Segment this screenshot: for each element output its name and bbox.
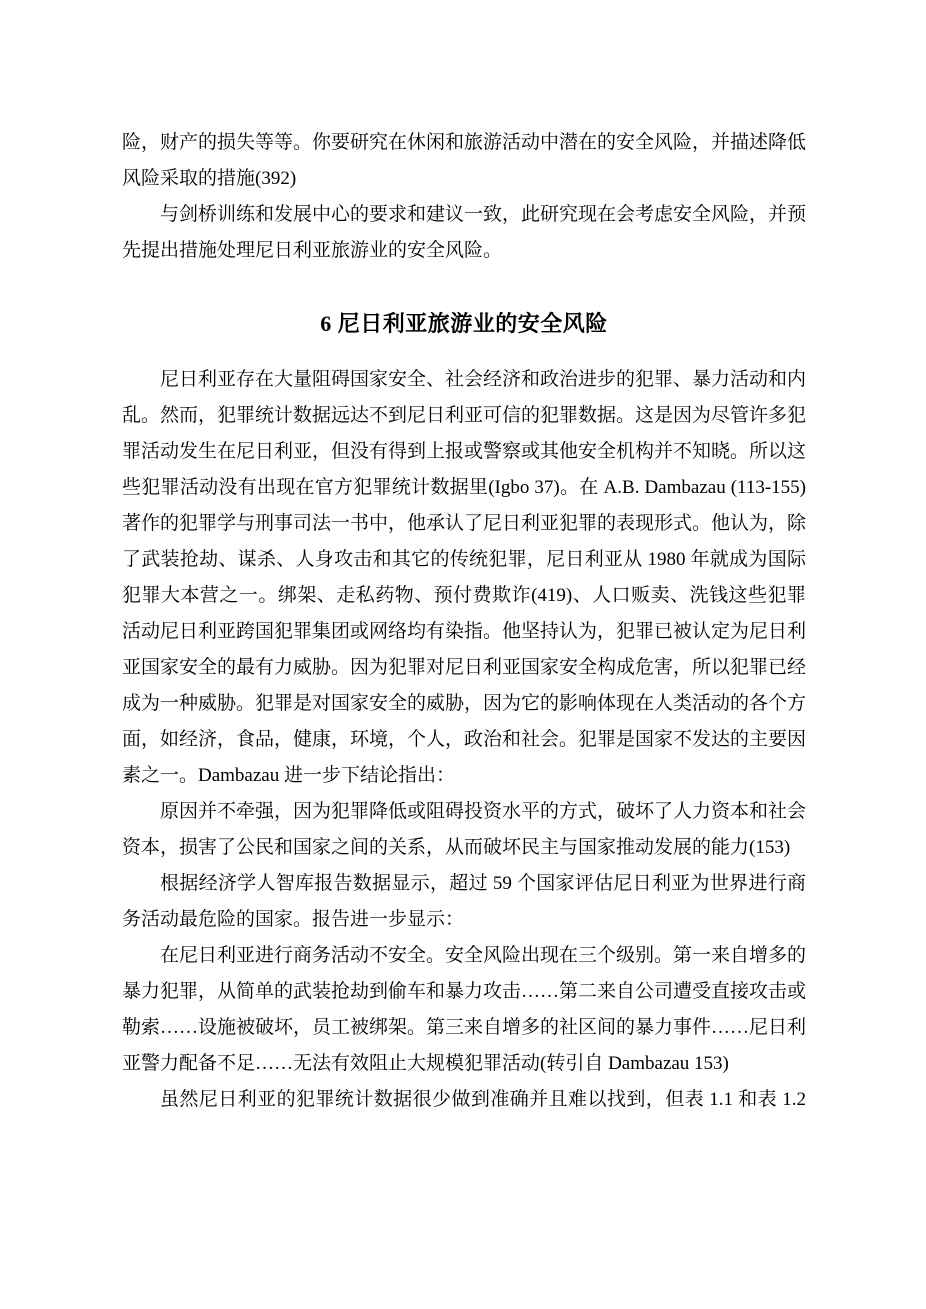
text-line: 风险采取的措施(392) [122,161,806,197]
text-line: 亚警力配备不足……无法有效阻止大规模犯罪活动(转引自 Dambazau 153) [122,1046,806,1082]
text-line: 在尼日利亚进行商务活动不安全。安全风险出现在三个级别。第一来自增多的 [122,938,806,974]
text-line: 险，财产的损失等等。你要研究在休闲和旅游活动中潜在的安全风险，并描述降低 [122,125,806,161]
text-line: 与剑桥训练和发展中心的要求和建议一致，此研究现在会考虑安全风险，并预 [122,197,806,233]
text-line: 活动尼日利亚跨国犯罪集团或网络均有染指。他坚持认为，犯罪已被认定为尼日利 [122,614,806,650]
text-line: 乱。然而，犯罪统计数据远达不到尼日利亚可信的犯罪数据。这是因为尽管许多犯 [122,398,806,434]
text-line: 暴力犯罪，从简单的武装抢劫到偷车和暴力攻击……第二来自公司遭受直接攻击或 [122,974,806,1010]
intro-paragraph-lines: 险，财产的损失等等。你要研究在休闲和旅游活动中潜在的安全风险，并描述降低风险采取… [122,125,806,269]
text-line: 面，如经济，食品，健康，环境，个人，政治和社会。犯罪是国家不发达的主要因 [122,722,806,758]
text-line: 了武装抢劫、谋杀、人身攻击和其它的传统犯罪，尼日利亚从 1980 年就成为国际 [122,542,806,578]
text-line: 素之一。Dambazau 进一步下结论指出： [122,758,806,794]
section-heading: 6 尼日利亚旅游业的安全风险 [122,306,806,342]
text-line: 勒索……设施被破坏，员工被绑架。第三来自增多的社区间的暴力事件……尼日利 [122,1010,806,1046]
text-line: 尼日利亚存在大量阻碍国家安全、社会经济和政治进步的犯罪、暴力活动和内 [122,362,806,398]
text-line: 原因并不牵强，因为犯罪降低或阻碍投资水平的方式，破坏了人力资本和社会 [122,794,806,830]
text-line: 成为一种威胁。犯罪是对国家安全的威胁，因为它的影响体现在人类活动的各个方 [122,686,806,722]
text-line: 罪活动发生在尼日利亚，但没有得到上报或警察或其他安全机构并不知晓。所以这 [122,434,806,470]
section-paragraph-lines: 尼日利亚存在大量阻碍国家安全、社会经济和政治进步的犯罪、暴力活动和内乱。然而，犯… [122,362,806,1118]
document-page: 险，财产的损失等等。你要研究在休闲和旅游活动中潜在的安全风险，并描述降低风险采取… [0,0,926,1309]
text-line: 务活动最危险的国家。报告进一步显示： [122,902,806,938]
text-line: 著作的犯罪学与刑事司法一书中，他承认了尼日利亚犯罪的表现形式。他认为，除 [122,506,806,542]
text-line: 资本，损害了公民和国家之间的关系，从而破坏民主与国家推动发展的能力(153) [122,830,806,866]
text-line: 些犯罪活动没有出现在官方犯罪统计数据里(Igbo 37)。在 A.B. Damb… [122,470,806,506]
text-line: 亚国家安全的最有力威胁。因为犯罪对尼日利亚国家安全构成危害，所以犯罪已经 [122,650,806,686]
text-line: 先提出措施处理尼日利亚旅游业的安全风险。 [122,233,806,269]
text-line: 根据经济学人智库报告数据显示，超过 59 个国家评估尼日利亚为世界进行商 [122,866,806,902]
text-column: 险，财产的损失等等。你要研究在休闲和旅游活动中潜在的安全风险，并描述降低风险采取… [122,125,806,1118]
text-line: 虽然尼日利亚的犯罪统计数据很少做到准确并且难以找到，但表 1.1 和表 1.2 [122,1082,806,1118]
text-line: 犯罪大本营之一。绑架、走私药物、预付费欺诈(419)、人口贩卖、洗钱这些犯罪 [122,578,806,614]
